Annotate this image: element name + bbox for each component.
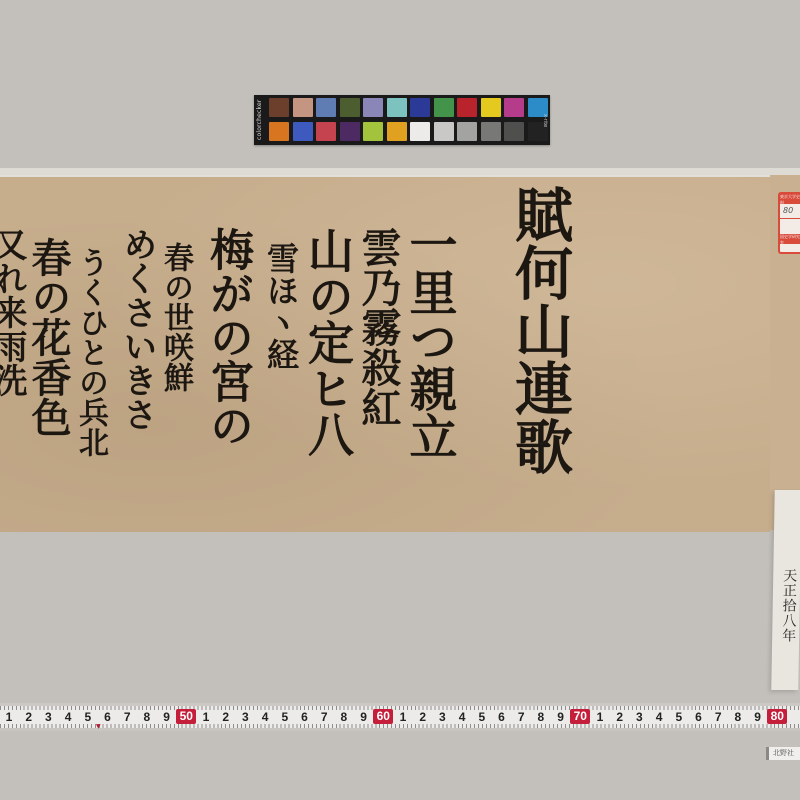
ruler-number: 1	[199, 710, 213, 724]
catalog-label-header: 東京大学史料	[780, 194, 800, 204]
ruler-number: 9	[554, 710, 568, 724]
ruler-number: 3	[238, 710, 252, 724]
color-patch	[387, 98, 407, 117]
ruler-number: 60	[373, 709, 393, 724]
color-patch	[363, 122, 383, 141]
ruler-number: 5	[278, 710, 292, 724]
color-patch	[410, 98, 430, 117]
calligraphy-column: 梅がの宮の	[205, 227, 249, 447]
color-checker-maker: x-rite	[538, 103, 548, 139]
ruler-number: 1	[396, 710, 410, 724]
ruler-number: 6	[692, 710, 706, 724]
color-patch	[363, 98, 383, 117]
calligraphy-column: 山の定ヒ八	[305, 227, 351, 457]
ruler-number: 5	[81, 710, 95, 724]
calligraphy-column: 一里つ親立	[405, 220, 453, 460]
color-patch	[481, 122, 501, 141]
catalog-label: 東京大学史料 80 国史学研究室	[778, 192, 800, 254]
calligraphy-column: うくひとの兵北	[75, 247, 105, 457]
ruler-number: 1	[593, 710, 607, 724]
ruler-number: 9	[357, 710, 371, 724]
ruler-number: 7	[711, 710, 725, 724]
color-patch	[293, 122, 313, 141]
color-patch	[340, 98, 360, 117]
ruler-number: 7	[317, 710, 331, 724]
ruler-number: 6	[298, 710, 312, 724]
color-patch	[457, 98, 477, 117]
color-patch	[269, 98, 289, 117]
measuring-tape: ▼ 12345678950123456789601234567897012345…	[0, 703, 800, 731]
ruler-number: 4	[455, 710, 469, 724]
ruler-number: 3	[41, 710, 55, 724]
color-checker-chart: colorchecker x-rite	[254, 95, 550, 145]
color-patch	[434, 122, 454, 141]
ruler-number: 50	[176, 709, 196, 724]
slip-date-text: 天正拾八年	[778, 568, 799, 643]
ruler-number: 2	[416, 710, 430, 724]
ruler-number: 4	[258, 710, 272, 724]
ruler-number: 8	[140, 710, 154, 724]
color-patch	[269, 122, 289, 141]
color-patch	[457, 122, 477, 141]
calligraphy-column: 又れ来雨洗	[0, 227, 24, 397]
calligraphy-column: めくさいきさ	[120, 227, 154, 431]
color-patch	[340, 122, 360, 141]
catalog-label-number: 80	[780, 204, 800, 219]
ruler-number: 5	[475, 710, 489, 724]
color-patch	[293, 98, 313, 117]
color-patch	[387, 122, 407, 141]
color-patch	[316, 122, 336, 141]
catalog-label-blank	[780, 219, 800, 234]
ruler-number: 9	[751, 710, 765, 724]
color-checker-brand: colorchecker	[256, 99, 268, 141]
ruler-marker-icon: ▼	[96, 723, 101, 730]
calligraphy-column: 雪ほヽ経	[265, 242, 297, 370]
color-patch	[434, 98, 454, 117]
color-patch	[481, 98, 501, 117]
color-patch	[410, 122, 430, 141]
calligraphy-column: 雲乃霧殺紅	[358, 227, 398, 427]
ruler-number: 8	[534, 710, 548, 724]
ruler-number: 7	[120, 710, 134, 724]
ruler-number: 2	[219, 710, 233, 724]
color-patch	[504, 122, 524, 141]
ruler-number: 70	[570, 709, 590, 724]
calligraphy-document: 賦何山連歌一里つ親立雲乃霧殺紅山の定ヒ八雪ほヽ経梅がの宮の春の世咲鮮めくさいきさ…	[0, 175, 770, 532]
ruler-number: 3	[435, 710, 449, 724]
ruler-number: 7	[514, 710, 528, 724]
catalog-label-footer: 国史学研究室	[780, 234, 800, 244]
ruler-number: 2	[22, 710, 36, 724]
ruler-number: 4	[652, 710, 666, 724]
calligraphy-column: 春の世咲鮮	[160, 242, 190, 392]
color-patch-grid	[269, 98, 548, 141]
color-patch	[316, 98, 336, 117]
calligraphy-column: 賦何山連歌	[510, 185, 568, 475]
ruler-number: 3	[632, 710, 646, 724]
ruler-number: 5	[672, 710, 686, 724]
ruler-number: 6	[495, 710, 509, 724]
calligraphy-column: 春の花香色	[28, 237, 68, 437]
ruler-number: 6	[101, 710, 115, 724]
ruler-number: 8	[337, 710, 351, 724]
attached-paper-slip: 天正拾八年	[771, 490, 800, 690]
ruler-number: 8	[731, 710, 745, 724]
color-patch	[504, 98, 524, 117]
ruler-number: 1	[2, 710, 16, 724]
corner-label: 北野社	[769, 747, 800, 760]
ruler-number: 2	[613, 710, 627, 724]
ruler-number: 80	[767, 709, 787, 724]
ruler-number: 4	[61, 710, 75, 724]
ruler-number: 9	[160, 710, 174, 724]
